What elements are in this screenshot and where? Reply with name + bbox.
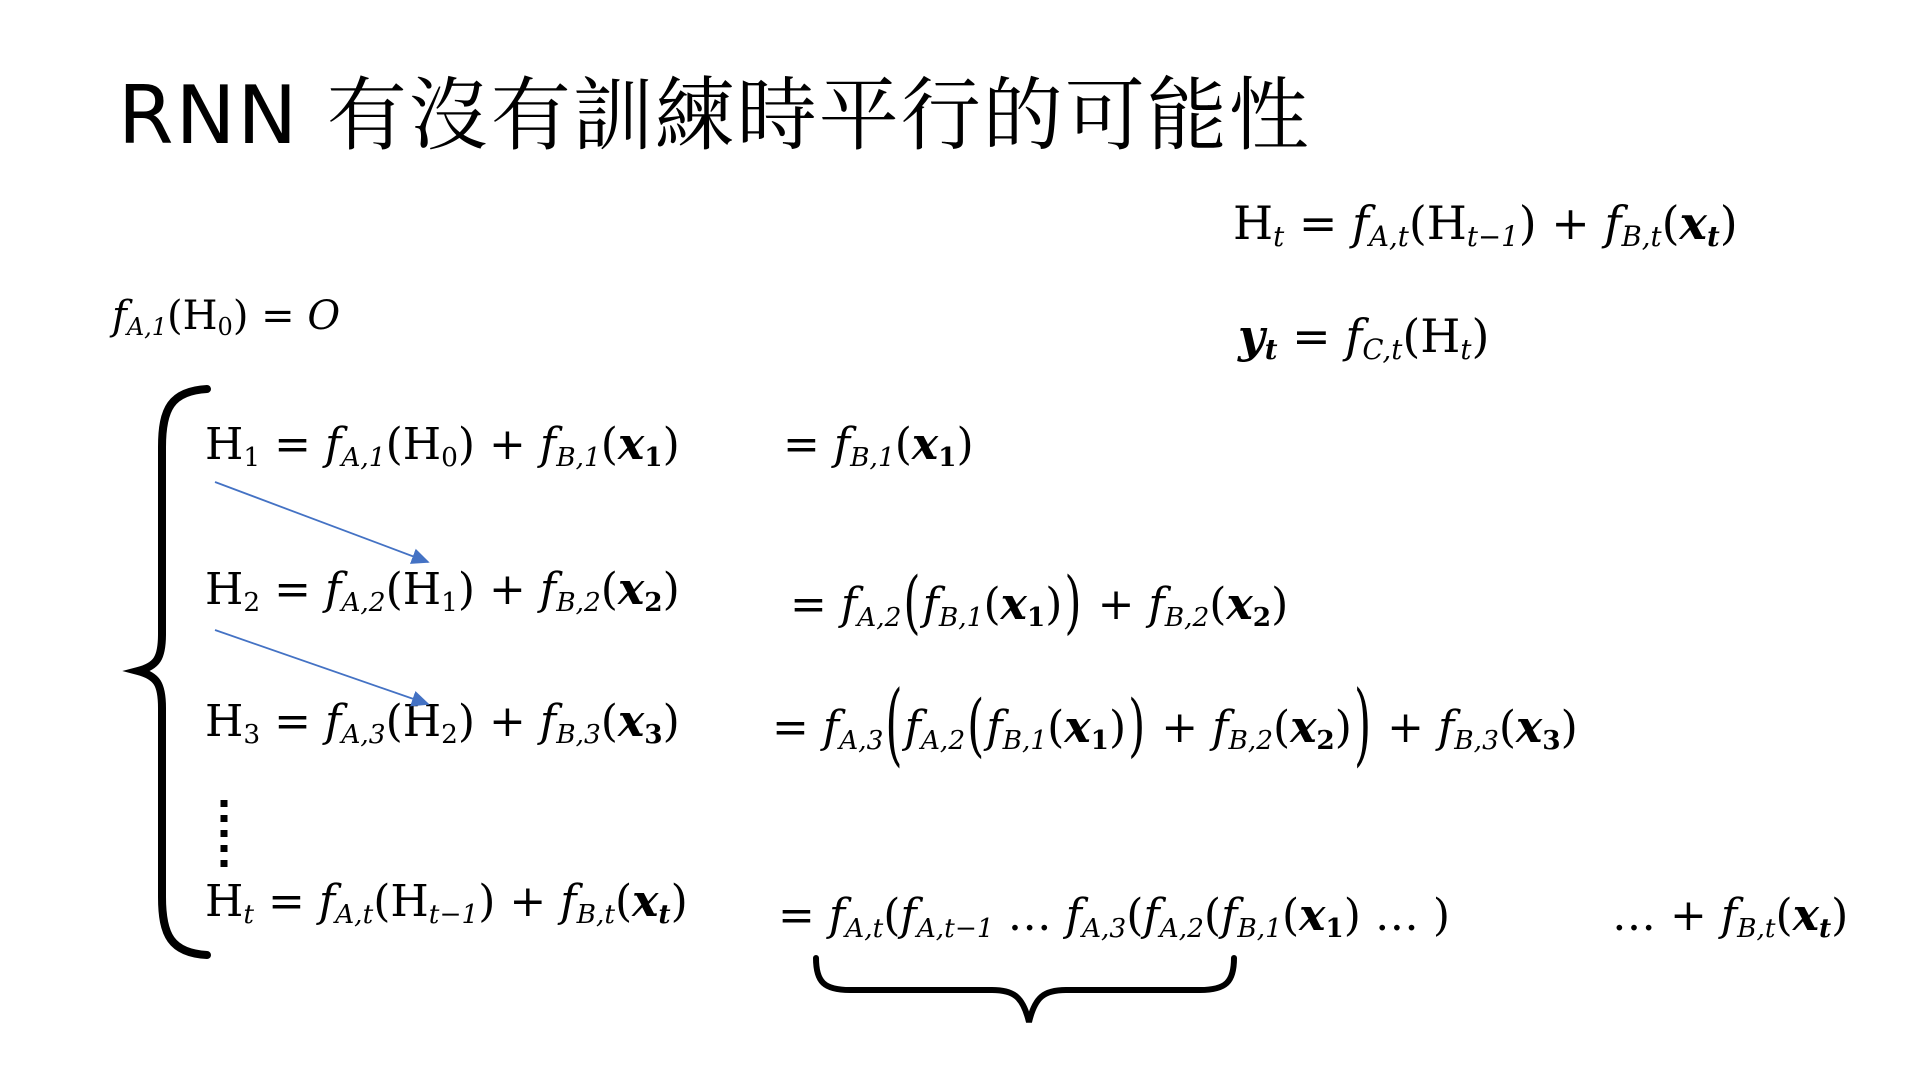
math-segment: f <box>905 702 921 753</box>
dependency-arrow-h2-to-h3 <box>215 630 428 704</box>
math-segment: = <box>790 579 841 630</box>
math-segment: ) + <box>1519 196 1605 250</box>
math-segment: y <box>1238 309 1265 363</box>
math-segment: ) <box>1271 579 1288 630</box>
math-segment: ) <box>663 564 680 615</box>
math-segment: A,t <box>335 899 373 930</box>
math-segment: f <box>841 579 857 630</box>
math-segment: ) <box>957 419 974 470</box>
math-segment: B,2 <box>1165 602 1210 633</box>
math-segment: H <box>1233 196 1273 250</box>
math-segment: t <box>1819 913 1831 944</box>
math-segment: f <box>112 293 127 339</box>
math-segment: ( <box>983 579 1000 630</box>
math-segment: A,3 <box>839 725 883 756</box>
math-segment: ) + <box>458 696 540 747</box>
math-segment: A,3 <box>341 719 385 750</box>
math-segment: H <box>1420 309 1460 363</box>
math-segment: H <box>205 696 243 747</box>
math-segment: A,1 <box>127 313 167 341</box>
eq-h3-expanded: = fA,3(fA,2(fB,1(x1)) + fB,2(x2)) + fB,3… <box>772 703 1578 756</box>
math-segment: f <box>325 696 341 747</box>
math-segment: ( <box>1402 309 1420 363</box>
math-segment: f <box>1345 309 1362 363</box>
math-segment: t <box>243 899 254 930</box>
math-segment: t−1 <box>429 899 479 930</box>
math-segment: ( <box>1776 890 1793 941</box>
slide-title: RNN 有沒有訓練時平行的可能性 <box>118 64 1311 168</box>
math-segment: f <box>1221 890 1237 941</box>
math-segment: ) <box>663 419 680 470</box>
math-segment: ) <box>1335 702 1352 753</box>
math-segment: O <box>307 293 340 339</box>
math-segment: A,3 <box>1082 913 1126 944</box>
math-segment: H <box>390 876 428 927</box>
math-segment: B,2 <box>556 587 601 618</box>
math-segment: ) … ) <box>1344 890 1450 941</box>
math-segment: ) <box>1109 702 1126 753</box>
math-segment: t−1 <box>1467 220 1519 253</box>
math-segment: f <box>540 419 556 470</box>
math-segment: H <box>403 696 441 747</box>
math-segment: ( <box>386 564 403 615</box>
math-segment: B,1 <box>1237 913 1282 944</box>
math-segment: 3 <box>644 719 662 750</box>
math-segment: 1 <box>938 442 956 473</box>
math-segment: x <box>1299 890 1325 941</box>
eq-output-general: yt = fC,t(Ht) <box>1238 310 1489 366</box>
math-segment: ( <box>883 674 904 778</box>
math-segment: x <box>632 876 658 927</box>
math-segment: H <box>205 876 243 927</box>
math-segment: ( <box>1209 579 1226 630</box>
math-segment: ( <box>1409 196 1427 250</box>
math-segment: f <box>1352 196 1369 250</box>
math-segment: H <box>1427 196 1467 250</box>
math-segment: 0 <box>441 442 458 473</box>
eq-ht-expanded-tail: … + fB,t(xt) <box>1612 891 1848 944</box>
math-segment: f <box>325 564 341 615</box>
math-segment: ( <box>386 696 403 747</box>
math-segment: 2 <box>1316 725 1334 756</box>
math-segment: = <box>772 702 823 753</box>
math-segment: A,t <box>1369 220 1409 253</box>
math-segment: ) <box>663 696 680 747</box>
math-segment: 0 <box>218 313 233 341</box>
math-segment: ) <box>1126 688 1147 766</box>
math-segment: = <box>254 876 319 927</box>
math-segment: B,1 <box>1003 725 1048 756</box>
math-segment: ( <box>615 876 632 927</box>
math-segment: f <box>540 564 556 615</box>
math-segment: ( <box>883 890 900 941</box>
math-segment: f <box>1212 702 1228 753</box>
math-segment: x <box>1064 702 1090 753</box>
math-segment: 2 <box>441 719 458 750</box>
math-segment: t <box>1265 333 1278 366</box>
math-segment: f <box>986 702 1002 753</box>
math-segment: ) <box>1561 702 1578 753</box>
math-segment: ) <box>1062 565 1083 643</box>
math-segment: ) <box>1831 890 1848 941</box>
math-segment: f <box>540 696 556 747</box>
math-segment: ( <box>901 565 922 643</box>
math-segment: ) = <box>233 293 308 339</box>
math-segment: = <box>1284 196 1352 250</box>
math-segment: f <box>1143 890 1159 941</box>
math-segment: 1 <box>644 442 662 473</box>
eq-ht-expanded: = fA,t(fA,t−1 … fA,3(fA,2(fB,1(x1) … ) <box>778 891 1450 944</box>
math-segment: x <box>1680 196 1707 250</box>
math-segment: A,t <box>845 913 883 944</box>
math-segment: f <box>1066 890 1082 941</box>
math-segment: 3 <box>243 719 260 750</box>
eq-initial-condition: fA,1(H0) = O <box>112 293 340 342</box>
math-segment: C,t <box>1362 333 1402 366</box>
math-segment: t <box>658 899 670 930</box>
math-segment: 1 <box>1027 602 1045 633</box>
math-segment: ) <box>1720 196 1738 250</box>
math-segment: ( <box>1662 196 1680 250</box>
math-segment: = <box>260 564 325 615</box>
math-segment: + <box>1147 702 1212 753</box>
math-segment: H <box>205 419 243 470</box>
math-segment: A,1 <box>341 442 385 473</box>
math-segment: 2 <box>1253 602 1271 633</box>
math-segment: 3 <box>1542 725 1560 756</box>
math-segment: H <box>403 419 441 470</box>
math-segment: = <box>260 419 325 470</box>
math-segment: 1 <box>243 442 260 473</box>
dependency-arrow-h1-to-h2 <box>215 482 428 562</box>
math-segment: A,2 <box>1160 913 1204 944</box>
math-segment: = <box>1277 309 1345 363</box>
math-segment: ( <box>1126 890 1143 941</box>
math-segment: B,2 <box>1228 725 1273 756</box>
eq-h1-lhs: H1 = fA,1(H0) + fB,1(x1) <box>205 420 680 473</box>
math-segment: x <box>1793 890 1819 941</box>
underbrace-sequential-dependency <box>816 958 1234 1022</box>
eq-h3-lhs: H3 = fA,3(H2) + fB,3(x3) <box>205 697 680 750</box>
eq-ht-lhs: Ht = fA,t(Ht−1) + fB,t(xt) <box>205 877 688 930</box>
math-segment: B,t <box>1621 220 1661 253</box>
math-segment: = <box>783 419 834 470</box>
math-segment: f <box>923 579 939 630</box>
math-segment: ) <box>1352 674 1373 778</box>
math-segment: = <box>260 696 325 747</box>
math-segment: ( <box>601 419 618 470</box>
math-segment: f <box>1148 579 1164 630</box>
math-segment: ( <box>1047 702 1064 753</box>
math-segment: x <box>1290 702 1316 753</box>
math-segment: 1 <box>441 587 458 618</box>
math-segment: 1 <box>1325 913 1343 944</box>
math-segment: ) + <box>478 876 560 927</box>
eq-h2-lhs: H2 = fA,2(H1) + fB,2(x2) <box>205 565 680 618</box>
math-segment: x <box>618 419 644 470</box>
math-segment: f <box>1604 196 1621 250</box>
math-segment: ( <box>1499 702 1516 753</box>
math-segment: x <box>1001 579 1027 630</box>
eq-h1-expanded: = fB,1(x1) <box>783 420 974 473</box>
math-segment: ) <box>1045 579 1062 630</box>
math-segment: x <box>1226 579 1252 630</box>
math-segment: ) <box>1471 309 1489 363</box>
math-segment: A,2 <box>921 725 965 756</box>
math-segment: f <box>560 876 576 927</box>
math-segment: ) + <box>458 564 540 615</box>
math-segment: x <box>912 419 938 470</box>
math-segment: + <box>1084 579 1149 630</box>
math-segment: 2 <box>644 587 662 618</box>
math-segment: ( <box>386 419 403 470</box>
math-segment: x <box>618 696 644 747</box>
math-segment: ) <box>671 876 688 927</box>
math-segment: H <box>183 293 218 339</box>
slide-canvas: RNN 有沒有訓練時平行的可能性 Ht = fA,t(Ht−1) + fB,t(… <box>0 0 1920 1080</box>
math-segment: f <box>823 702 839 753</box>
math-segment: ( <box>601 564 618 615</box>
math-segment: ( <box>1273 702 1290 753</box>
math-segment: … <box>994 890 1066 941</box>
math-segment: 2 <box>243 587 260 618</box>
math-segment: … + <box>1612 890 1721 941</box>
math-segment: B,1 <box>939 602 984 633</box>
math-segment: f <box>325 419 341 470</box>
math-segment: ( <box>373 876 390 927</box>
math-segment: + <box>1373 702 1438 753</box>
math-segment: ( <box>1204 890 1221 941</box>
left-curly-brace <box>138 389 207 955</box>
math-segment: B,1 <box>556 442 601 473</box>
math-segment: ( <box>601 696 618 747</box>
math-segment: A,2 <box>857 602 901 633</box>
eq-h2-expanded: = fA,2(fB,1(x1)) + fB,2(x2) <box>790 580 1288 633</box>
math-segment: ( <box>895 419 912 470</box>
math-segment: t <box>1273 220 1284 253</box>
math-segment: x <box>1516 702 1542 753</box>
math-segment: ( <box>167 293 183 339</box>
math-segment: = <box>778 890 829 941</box>
math-segment: t <box>1707 220 1720 253</box>
math-segment: f <box>1438 702 1454 753</box>
math-segment: f <box>1721 890 1737 941</box>
math-segment: f <box>829 890 845 941</box>
math-segment: B,t <box>1737 913 1775 944</box>
math-segment: ( <box>1282 890 1299 941</box>
math-segment: t <box>1460 333 1471 366</box>
math-segment: f <box>834 419 850 470</box>
math-segment: H <box>205 564 243 615</box>
math-segment: A,t−1 <box>917 913 994 944</box>
math-segment: H <box>403 564 441 615</box>
math-segment: B,1 <box>850 442 895 473</box>
math-segment: ) + <box>458 419 540 470</box>
math-segment: x <box>618 564 644 615</box>
math-segment: B,3 <box>1454 725 1499 756</box>
math-segment: f <box>900 890 916 941</box>
math-segment: ( <box>965 688 986 766</box>
math-segment: f <box>319 876 335 927</box>
math-segment: B,3 <box>556 719 601 750</box>
eq-recurrence-general: Ht = fA,t(Ht−1) + fB,t(xt) <box>1233 197 1738 253</box>
math-segment: 1 <box>1091 725 1109 756</box>
math-segment: B,t <box>577 899 615 930</box>
math-segment: A,2 <box>341 587 385 618</box>
